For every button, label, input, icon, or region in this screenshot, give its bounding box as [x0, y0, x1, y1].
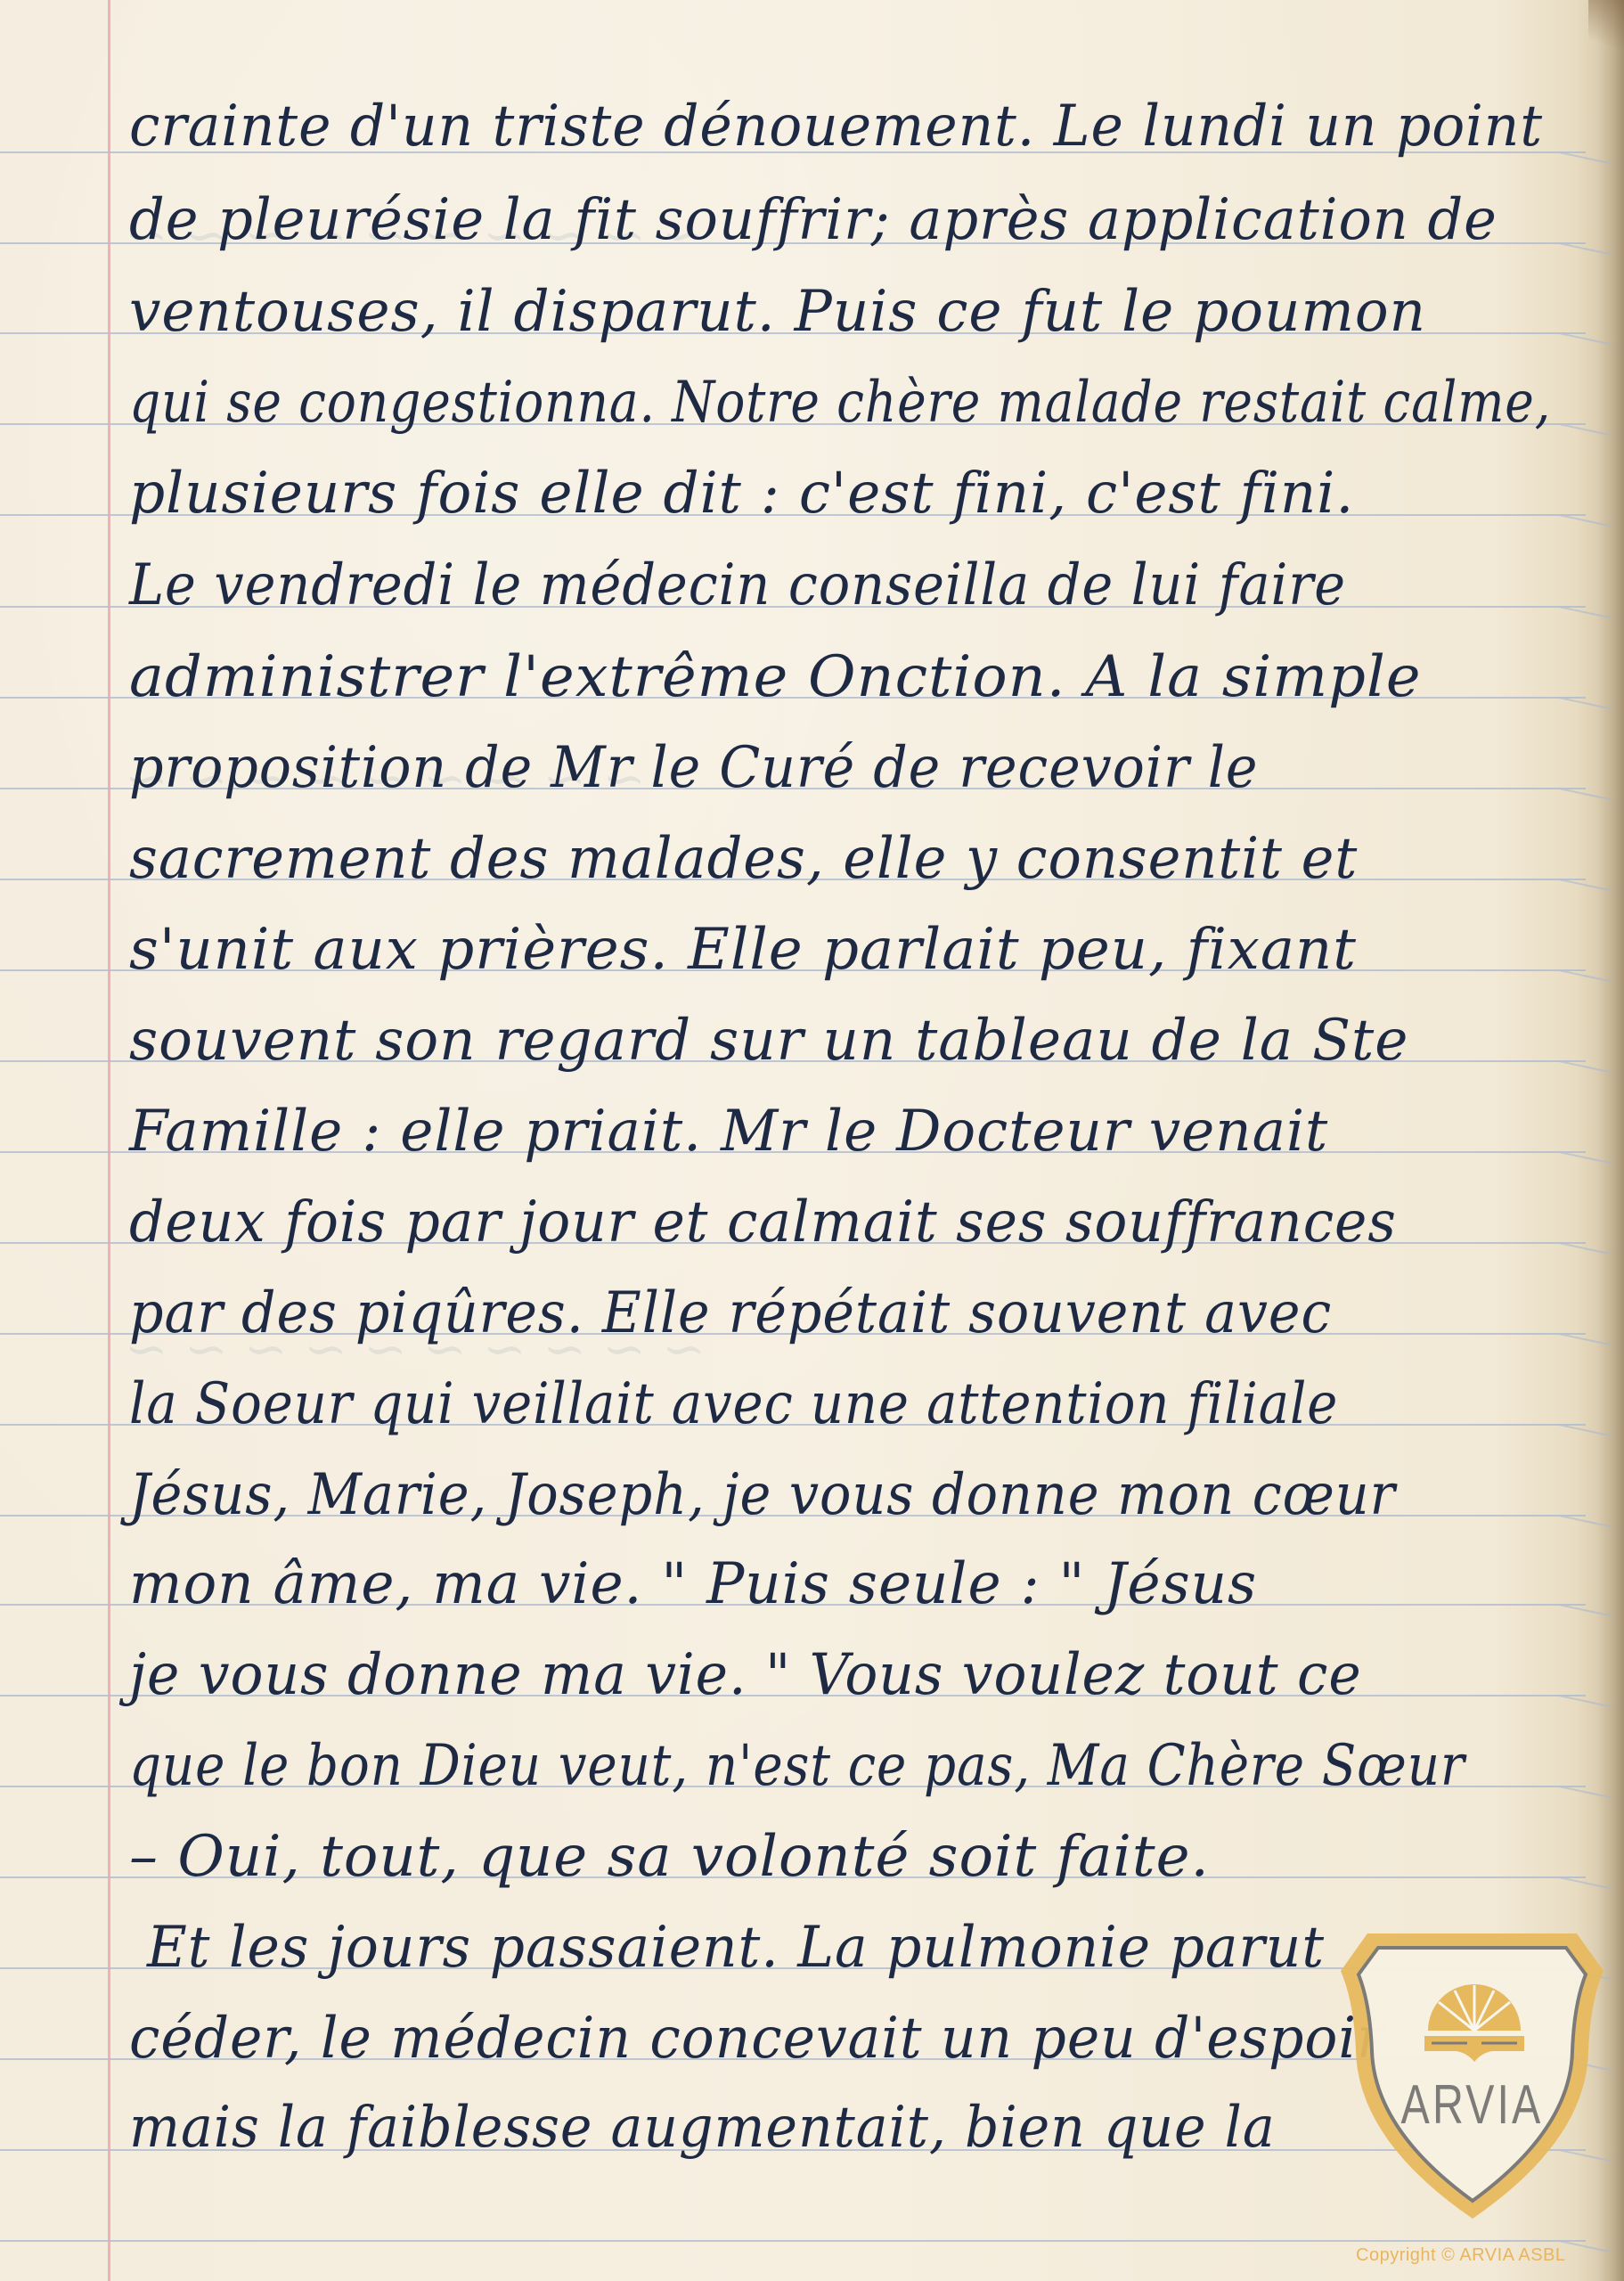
notebook-page: ~ ~ ~ ~ ~ ~ ~ ~ ~ ~ ~ ~ ~ ~ ~ ~ ~ ~ ~ ~ … — [0, 0, 1624, 2281]
copyright-notice: Copyright © ARVIA ASBL — [1356, 2245, 1566, 2266]
text-line: sacrement des malades, elle y consentit … — [129, 830, 1358, 887]
watermark-logo-text: ARVIA — [1363, 2073, 1582, 2137]
text-line: – Oui, tout, que sa volonté soit faite. — [129, 1828, 1210, 1885]
text-line: crainte d'un triste dénouement. Le lundi… — [129, 98, 1543, 155]
text-line: de pleurésie la fit souffrir; après appl… — [129, 192, 1498, 249]
arvia-watermark-logo: ARVIA — [1332, 1917, 1612, 2238]
text-line: mais la faiblesse augmentait, bien que l… — [129, 2099, 1276, 2156]
text-line: deux fois par jour et calmait ses souffr… — [129, 1194, 1397, 1251]
text-line: je vous donne ma vie. " Vous voulez tout… — [129, 1647, 1362, 1704]
text-line: mon âme, ma vie. " Puis seule : " Jésus — [129, 1556, 1257, 1613]
text-line: s'unit aux prières. Elle parlait peu, fi… — [129, 921, 1357, 978]
text-line: plusieurs fois elle dit : c'est fini, c'… — [129, 465, 1354, 522]
text-line: Et les jours passaient. La pulmonie paru… — [147, 1919, 1325, 1976]
text-line: par des piqûres. Elle répétait souvent a… — [129, 1285, 1332, 1342]
text-line: proposition de Mr le Curé de recevoir le — [129, 740, 1258, 797]
text-line: Jésus, Marie, Joseph, je vous donne mon … — [129, 1467, 1396, 1524]
text-line: souvent son regard sur un tableau de la … — [129, 1012, 1408, 1069]
text-line: céder, le médecin concevait un peu d'esp… — [129, 2010, 1383, 2067]
text-line: administrer l'extrême Onction. A la simp… — [129, 649, 1422, 706]
text-line: Famille : elle priait. Mr le Docteur ven… — [129, 1103, 1328, 1160]
text-line: ventouses, il disparut. Puis ce fut le p… — [129, 283, 1426, 340]
text-line: la Soeur qui veillait avec une attention… — [129, 1376, 1338, 1433]
text-line: que le bon Dieu veut, n'est ce pas, Ma C… — [129, 1737, 1465, 1795]
text-line: qui se congestionna. Notre chère malade … — [129, 374, 1551, 431]
text-line: Le vendredi le médecin conseilla de lui … — [129, 557, 1346, 614]
